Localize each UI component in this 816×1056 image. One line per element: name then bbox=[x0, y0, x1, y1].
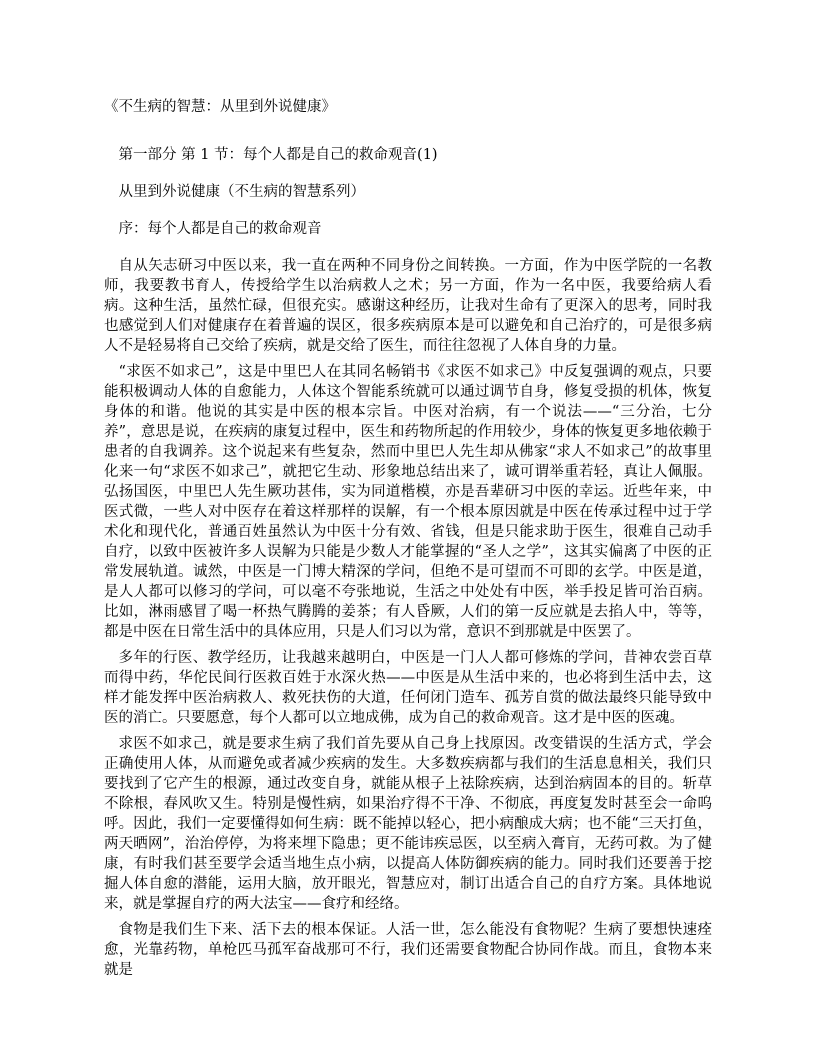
paragraph: “求医不如求己”，这是中里巴人在其同名畅销书《求医不如求己》中反复强调的观点，只… bbox=[104, 362, 712, 642]
document-page: 《不生病的智慧：从里到外说健康》 第一部分 第 1 节：每个人都是自己的救命观音… bbox=[0, 0, 816, 1056]
preface-heading: 序：每个人都是自己的救命观音 bbox=[104, 219, 712, 239]
paragraph: 求医不如求己，就是要求生病了我们首先要从自己身上找原因。改变错误的生活方式，学会… bbox=[104, 734, 712, 914]
section-heading: 第一部分 第 1 节：每个人都是自己的救命观音(1) bbox=[104, 145, 712, 165]
paragraph: 食物是我们生下来、活下去的根本保证。人活一世，怎么能没有食物呢？生病了要想快速痊… bbox=[104, 920, 712, 980]
paragraph: 多年的行医、教学经历，让我越来越明白，中医是一门人人都可修炼的学问，昔神农尝百草… bbox=[104, 648, 712, 728]
series-title: 从里到外说健康（不生病的智慧系列） bbox=[104, 182, 712, 202]
paragraph: 自从矢志研习中医以来，我一直在两种不同身份之间转换。一方面，作为中医学院的一名教… bbox=[104, 256, 712, 356]
book-title: 《不生病的智慧：从里到外说健康》 bbox=[104, 97, 712, 117]
